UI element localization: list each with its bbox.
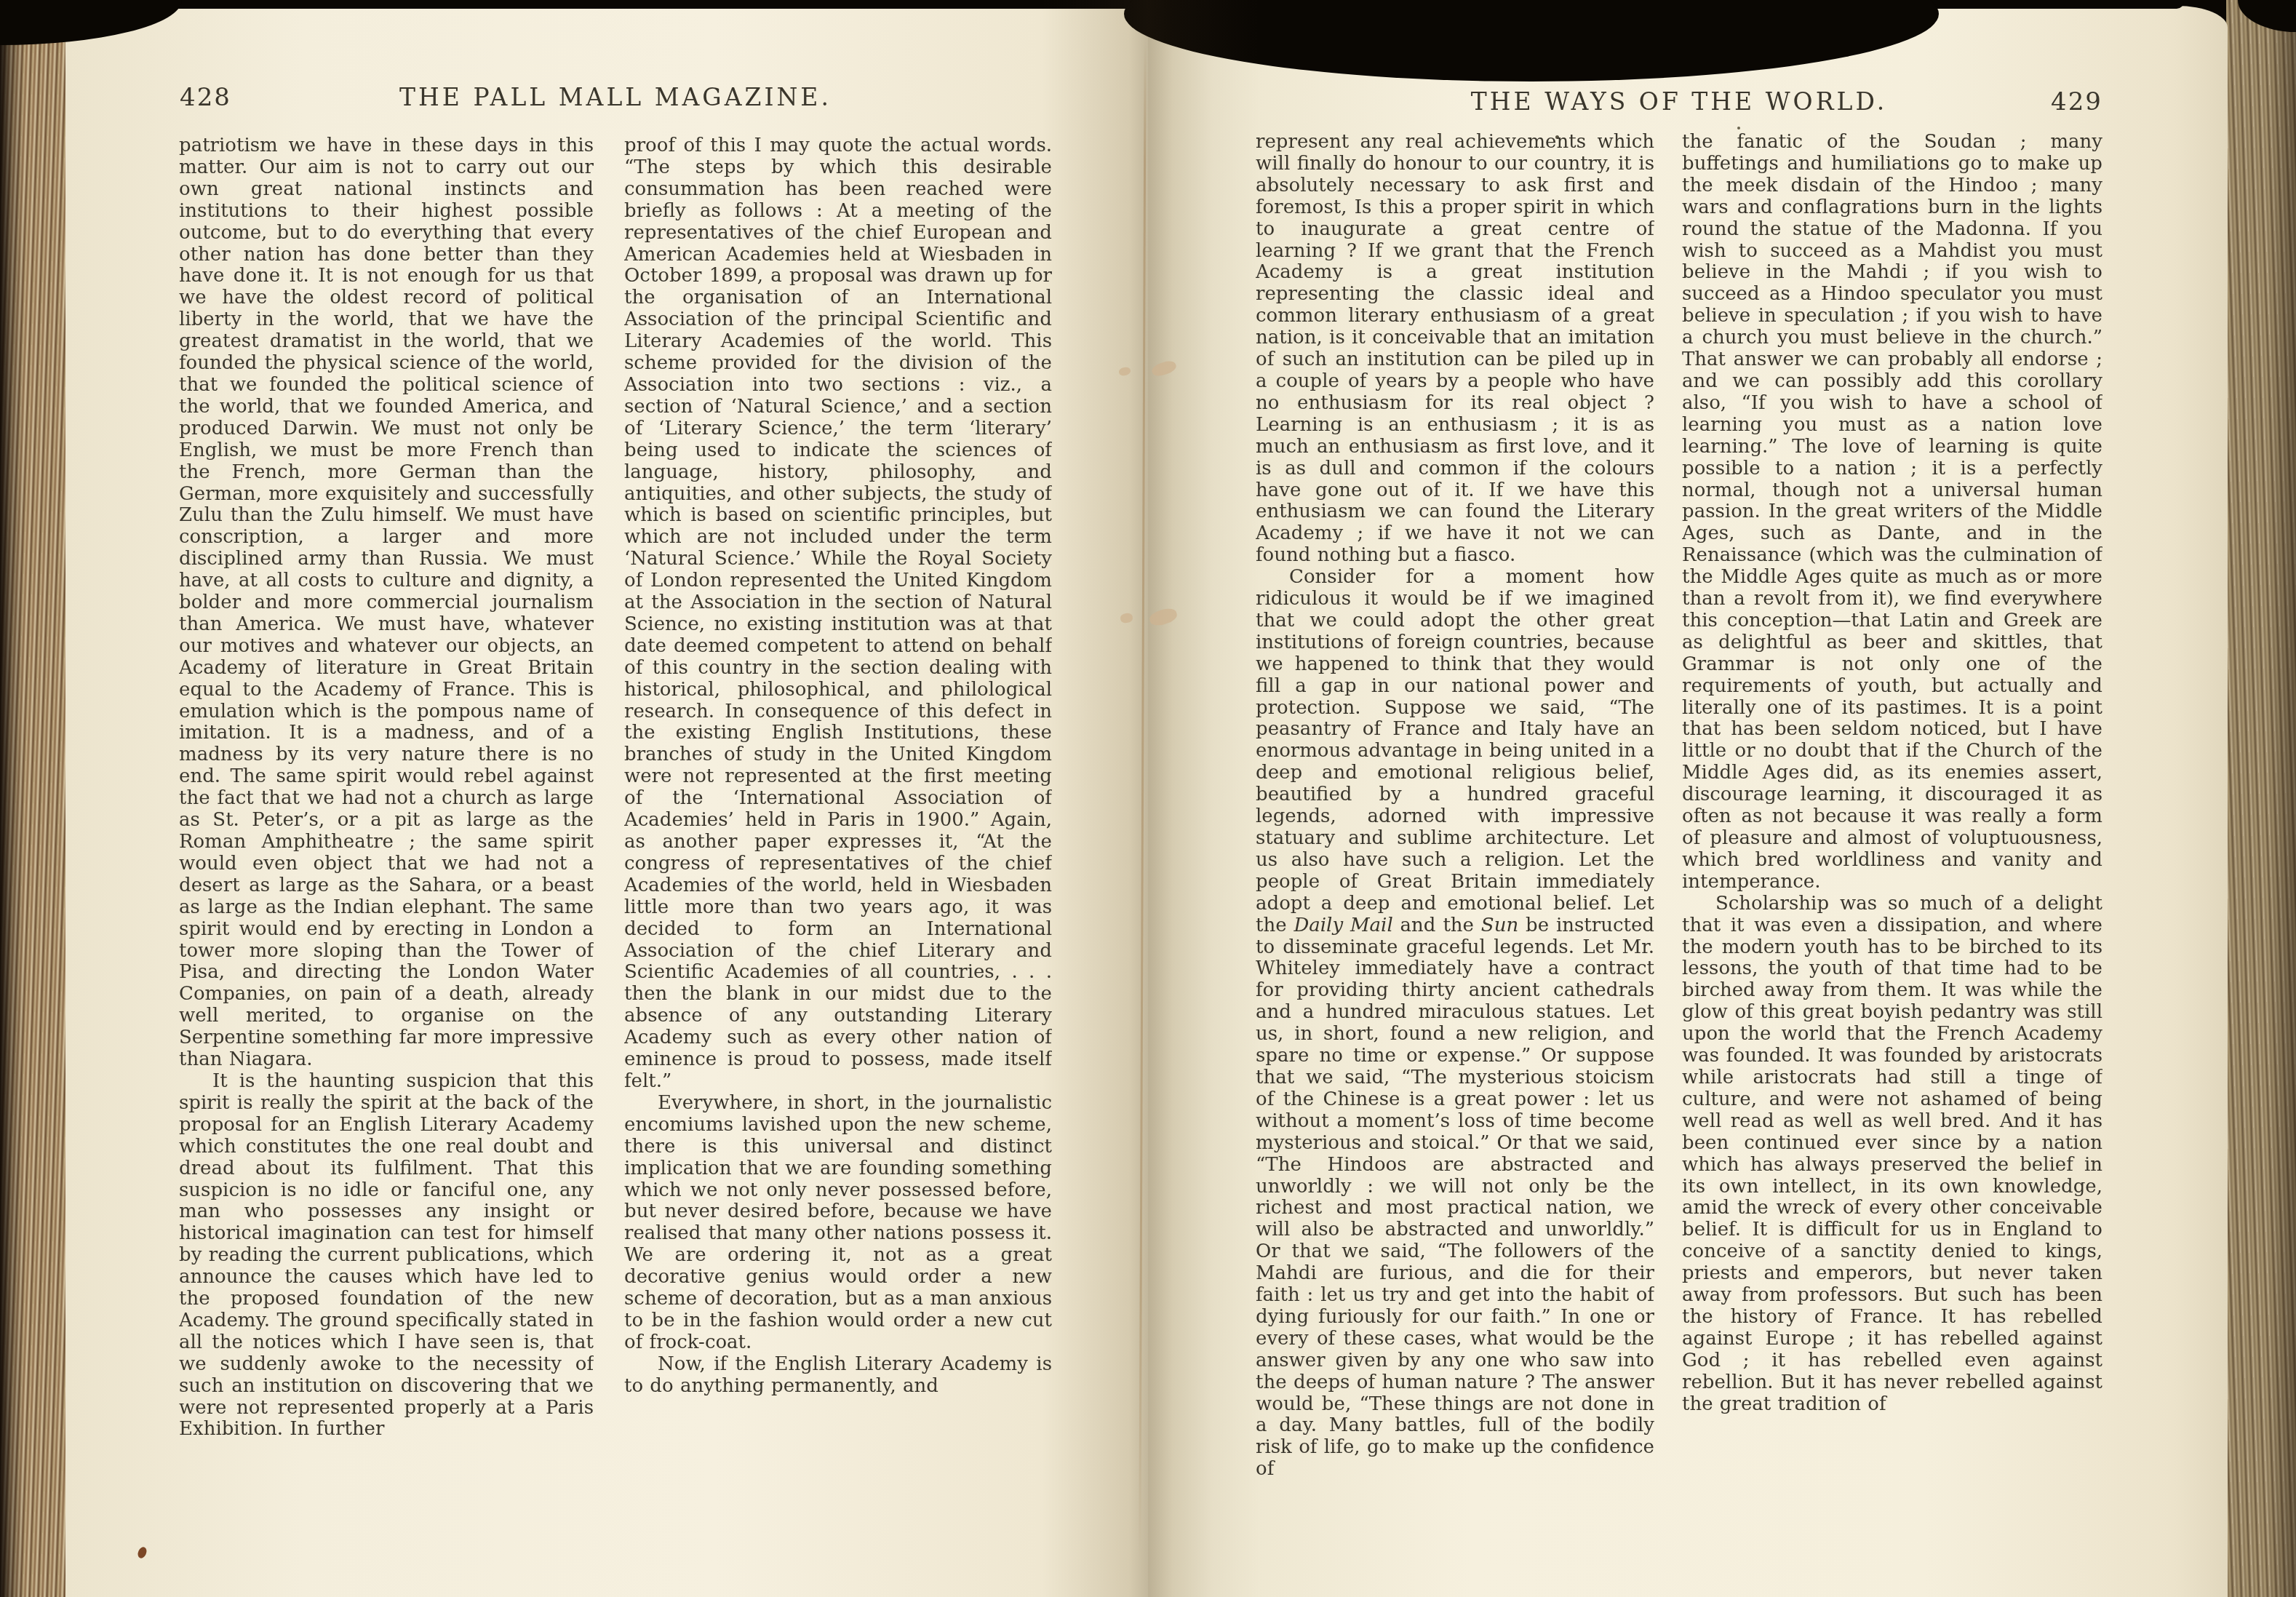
page-number-right: 429 — [2051, 87, 2102, 116]
foxing-speck — [1737, 127, 1740, 130]
page-edges-left — [0, 0, 68, 1597]
running-title-right: THE WAYS OF THE WORLD. — [1254, 87, 2104, 116]
paragraph: Everywhere, in short, in the journalisti… — [624, 1093, 1052, 1354]
left-page-column-1: patriotism we have in these days in this… — [179, 135, 594, 1521]
paragraph: represent any real achievements which wi… — [1256, 132, 1654, 567]
page-edges-right — [2226, 0, 2296, 1597]
paragraph: patriotism we have in these days in this… — [179, 135, 594, 1071]
left-page-header: 428 THE PALL MALL MAGAZINE. — [178, 83, 1053, 116]
paragraph: Consider for a moment how ridiculous it … — [1256, 567, 1654, 1481]
left-page-column-2: proof of this I may quote the actual wor… — [624, 135, 1052, 1521]
paragraph: Now, if the English Literary Academy is … — [624, 1354, 1052, 1398]
paragraph: proof of this I may quote the actual wor… — [624, 135, 1052, 1093]
book-spread-photo: 428 THE PALL MALL MAGAZINE. THE WAYS OF … — [0, 0, 2296, 1597]
right-page-header: THE WAYS OF THE WORLD. 429 — [1254, 87, 2104, 121]
paragraph: the fanatic of the Soudan ; many buffeti… — [1682, 132, 2102, 893]
running-title-left: THE PALL MALL MAGAZINE. — [178, 83, 1053, 111]
paragraph: Scholarship was so much of a delight tha… — [1682, 893, 2102, 1416]
paragraph: It is the haunting suspicion that this s… — [179, 1071, 594, 1441]
right-page-column-2: the fanatic of the Soudan ; many buffeti… — [1682, 132, 2102, 1518]
right-page-column-1: represent any real achievements which wi… — [1256, 132, 1654, 1518]
